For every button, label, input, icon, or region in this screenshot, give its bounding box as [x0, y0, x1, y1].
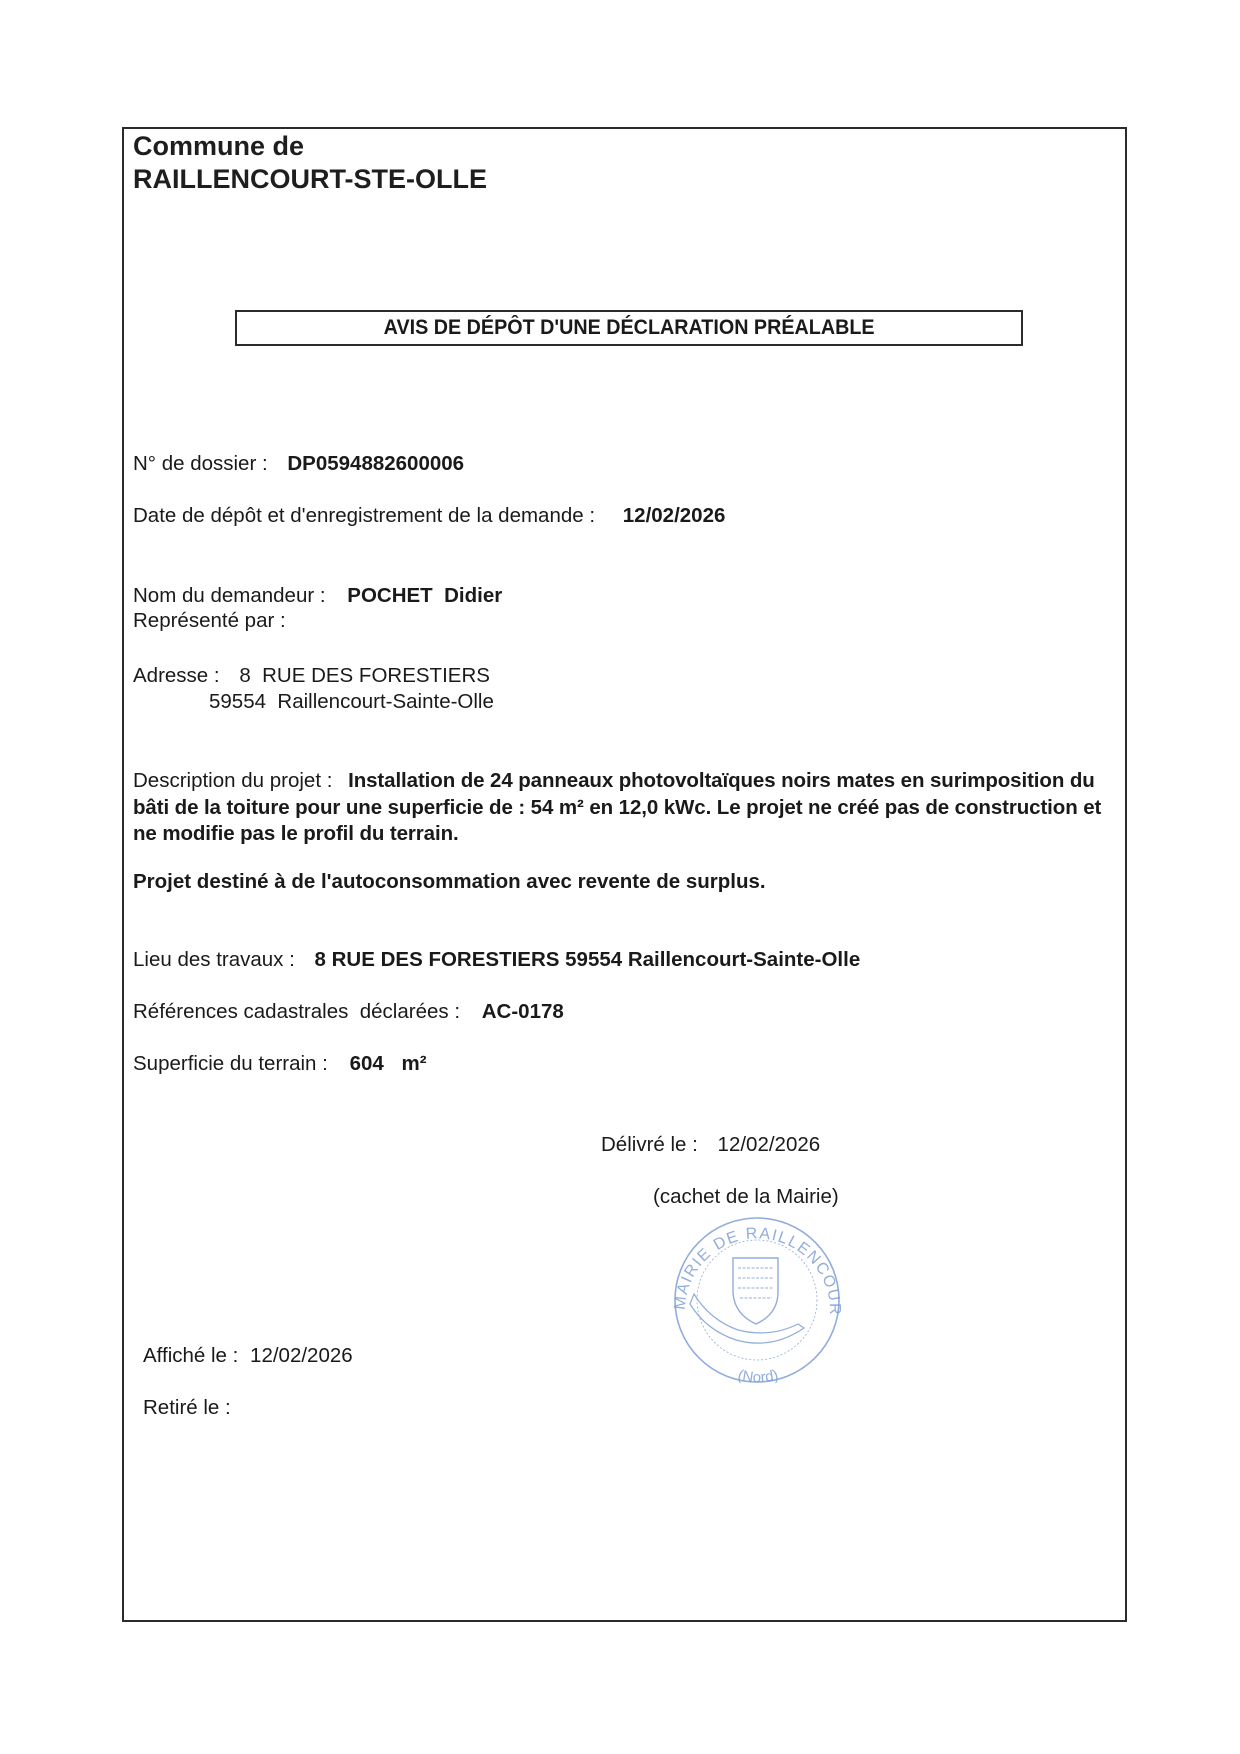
adresse-line1: 8 RUE DES FORESTIERS [239, 664, 490, 687]
notice-title-box: AVIS DE DÉPÔT D'UNE DÉCLARATION PRÉALABL… [235, 310, 1023, 346]
retire-row: Retiré le : [143, 1396, 231, 1420]
represente-label: Représenté par : [133, 609, 286, 632]
demandeur-name: POCHET Didier [347, 584, 502, 607]
svg-text:MAIRIE DE RAILLENCOURT-SAINTE-: MAIRIE DE RAILLENCOURT-SAINTE-OLLE [660, 1212, 843, 1316]
svg-text:(Nord): (Nord) [736, 1367, 780, 1384]
references-cadastrales-value: AC-0178 [482, 1000, 564, 1023]
date-depot-label: Date de dépôt et d'enregistrement de la … [133, 504, 595, 527]
delivre-row: Délivré le : 12/02/2026 [601, 1133, 820, 1157]
description-note: Projet destiné à de l'autoconsommation a… [133, 870, 766, 894]
notice-title: AVIS DE DÉPÔT D'UNE DÉCLARATION PRÉALABL… [384, 312, 875, 344]
references-cadastrales-row: Références cadastrales déclarées : AC-01… [133, 1000, 564, 1024]
adresse-line2: 59554 Raillencourt-Sainte-Olle [209, 690, 494, 714]
lieu-travaux-label: Lieu des travaux : [133, 948, 295, 971]
dossier-number: DP0594882600006 [287, 452, 464, 475]
superficie-value: 604 [350, 1052, 384, 1075]
lieu-travaux-value: 8 RUE DES FORESTIERS 59554 Raillencourt-… [315, 948, 861, 971]
delivre-value: 12/02/2026 [718, 1133, 821, 1156]
dossier-label: N° de dossier : [133, 452, 268, 475]
references-cadastrales-label: Références cadastrales déclarées : [133, 1000, 460, 1023]
demandeur-row: Nom du demandeur : POCHET Didier [133, 584, 502, 608]
affiche-row: Affiché le : 12/02/2026 [143, 1344, 353, 1368]
description-block: Description du projet : Installation de … [133, 768, 1123, 848]
dossier-row: N° de dossier : DP0594882600006 [133, 452, 464, 476]
affiche-value: 12/02/2026 [250, 1344, 353, 1367]
adresse-row: Adresse : 8 RUE DES FORESTIERS [133, 664, 490, 688]
retire-label: Retiré le : [143, 1396, 231, 1419]
date-depot-row: Date de dépôt et d'enregistrement de la … [133, 504, 725, 528]
stamp-text-top: MAIRIE DE RAILLENCOURT-SAINTE-OLLE [660, 1212, 843, 1316]
commune-line1: Commune de [133, 130, 487, 163]
demandeur-label: Nom du demandeur : [133, 584, 326, 607]
mairie-stamp: MAIRIE DE RAILLENCOURT-SAINTE-OLLE (Nord… [660, 1212, 850, 1384]
cachet-label: (cachet de la Mairie) [653, 1185, 839, 1209]
superficie-label: Superficie du terrain : [133, 1052, 328, 1075]
superficie-unit: m² [401, 1052, 426, 1075]
stamp-text-bottom: (Nord) [736, 1367, 780, 1384]
date-depot-value: 12/02/2026 [623, 504, 726, 527]
adresse-label: Adresse : [133, 664, 220, 687]
delivre-label: Délivré le : [601, 1133, 698, 1156]
commune-header: Commune de RAILLENCOURT-STE-OLLE [133, 130, 487, 196]
represente-row: Représenté par : [133, 609, 286, 633]
lieu-travaux-row: Lieu des travaux : 8 RUE DES FORESTIERS … [133, 948, 860, 972]
description-label: Description du projet : [133, 769, 332, 792]
affiche-label: Affiché le : [143, 1344, 238, 1367]
commune-name: RAILLENCOURT-STE-OLLE [133, 163, 487, 196]
superficie-row: Superficie du terrain : 604 m² [133, 1052, 427, 1076]
